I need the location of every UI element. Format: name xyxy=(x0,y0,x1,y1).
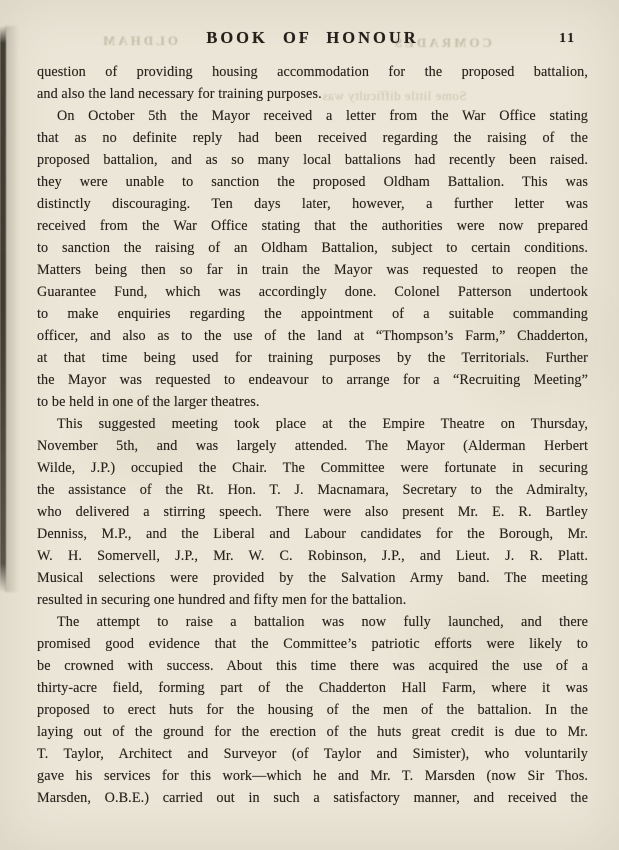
text-line: who delivered a stirring speech. There w… xyxy=(37,501,588,523)
text-line: Matters being then so far in train the M… xyxy=(37,259,588,281)
text-line: received from the War Office stating tha… xyxy=(37,215,588,237)
text-line: T. Taylor, Architect and Surveyor (of Ta… xyxy=(37,743,588,765)
text-line: promised good evidence that the Committe… xyxy=(37,633,588,655)
text-line: gave his services for this work—which he… xyxy=(37,765,588,787)
text-line: Denniss, M.P., and the Liberal and Labou… xyxy=(37,523,588,545)
text-line: Wilde, J.P.) occupied the Chair. The Com… xyxy=(37,457,588,479)
text-line: to sanction the raising of an Oldham Bat… xyxy=(37,237,588,259)
text-line: proposed battalion, and as so many local… xyxy=(37,149,588,171)
text-line: to make enquiries regarding the appointm… xyxy=(37,303,588,325)
text-line: at that time being used for training pur… xyxy=(37,347,588,369)
text-line: resulted in securing one hundred and fif… xyxy=(37,589,588,611)
text-line: to be held in one of the larger theatres… xyxy=(37,391,588,413)
text-line: Musical selections were provided by the … xyxy=(37,567,588,589)
text-line: The attempt to raise a battalion was now… xyxy=(37,611,588,633)
text-line: the assistance of the Rt. Hon. T. J. Mac… xyxy=(37,479,588,501)
page-number: 11 xyxy=(559,30,576,46)
text-line: officer, and also as to the use of the l… xyxy=(37,325,588,347)
page-title: BOOK OF HONOUR xyxy=(37,28,588,48)
scanned-book-page: OLDHAM COMRADES Some little difficulty w… xyxy=(0,0,619,850)
text-line: proposed to erect huts for the housing o… xyxy=(37,699,588,721)
text-line: and also the land necessary for training… xyxy=(37,83,588,105)
text-line: distinctly discouraging. Ten days later,… xyxy=(37,193,588,215)
text-line: Marsden, O.B.E.) carried out in such a s… xyxy=(37,787,588,809)
text-line: that as no definite reply had been recei… xyxy=(37,127,588,149)
text-line: November 5th, and was largely attended. … xyxy=(37,435,588,457)
text-line: This suggested meeting took place at the… xyxy=(37,413,588,435)
text-line: On October 5th the Mayor received a lett… xyxy=(37,105,588,127)
text-line: they were unable to sanction the propose… xyxy=(37,171,588,193)
text-line: thirty-acre field, forming part of the C… xyxy=(37,677,588,699)
text-line: the Mayor was requested to endeavour to … xyxy=(37,369,588,391)
text-line: W. H. Somervell, J.P., Mr. W. C. Robinso… xyxy=(37,545,588,567)
scan-edge-shadow xyxy=(5,26,19,592)
text-line: question of providing housing accommodat… xyxy=(37,61,588,83)
text-line: be crowned with success. About this time… xyxy=(37,655,588,677)
text-line: Guarantee Fund, which was accordingly do… xyxy=(37,281,588,303)
text-line: laying out of the ground for the erectio… xyxy=(37,721,588,743)
page-header: BOOK OF HONOUR 11 xyxy=(37,28,588,50)
page-body: question of providing housing accommodat… xyxy=(37,61,588,809)
